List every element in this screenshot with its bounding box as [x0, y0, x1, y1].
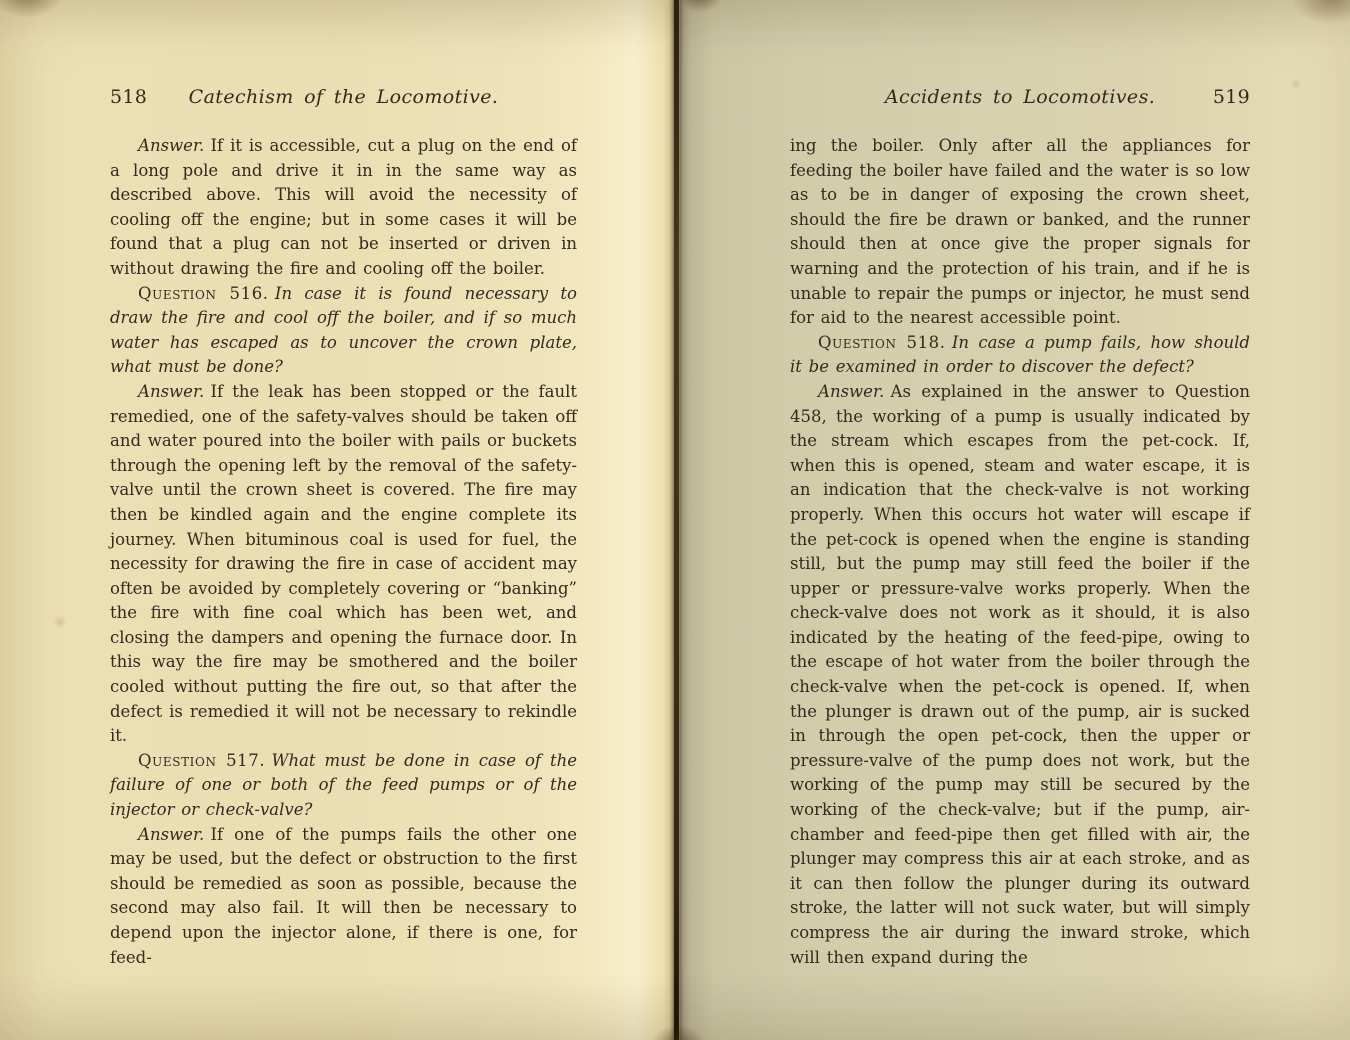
paragraph-text: If one of the pumps fails the other one …	[110, 825, 577, 967]
answer-lead: Answer.	[818, 382, 884, 401]
book-gutter-shadow	[674, 0, 679, 1040]
paragraph-text: If the leak has been stopped or the faul…	[110, 382, 577, 745]
answer-paragraph: Answer.If one of the pumps fails the oth…	[110, 823, 577, 971]
right-page: Accidents to Locomotives. 519 ing the bo…	[680, 0, 1350, 1040]
answer-paragraph: Answer.If it is accessible, cut a plug o…	[110, 134, 577, 282]
answer-lead: Answer.	[138, 382, 204, 401]
left-page-content: 518 Catechism of the Locomotive. Answer.…	[0, 0, 676, 1040]
continuation-paragraph: ing the boiler. Only after all the appli…	[790, 134, 1250, 331]
left-page: 518 Catechism of the Locomotive. Answer.…	[0, 0, 676, 1040]
right-page-body: ing the boiler. Only after all the appli…	[790, 134, 1250, 970]
right-page-header: Accidents to Locomotives. 519	[790, 86, 1250, 108]
book-scan: 518 Catechism of the Locomotive. Answer.…	[0, 0, 1350, 1040]
right-page-content: Accidents to Locomotives. 519 ing the bo…	[680, 0, 1350, 1040]
paragraph-text: As explained in the answer to Question 4…	[790, 382, 1250, 967]
answer-paragraph: Answer.If the leak has been stopped or t…	[110, 380, 577, 749]
left-page-number: 518	[110, 86, 168, 108]
question-lead: Question 517.	[138, 751, 265, 770]
answer-lead: Answer.	[138, 825, 204, 844]
answer-lead: Answer.	[138, 136, 204, 155]
right-running-head: Accidents to Locomotives.	[848, 86, 1192, 108]
right-page-number: 519	[1192, 86, 1250, 108]
question-516-paragraph: Question 516.In case it is found necessa…	[110, 282, 577, 380]
question-517-paragraph: Question 517.What must be done in case o…	[110, 749, 577, 823]
question-lead: Question 518.	[818, 333, 946, 352]
paragraph-text: If it is accessible, cut a plug on the e…	[110, 136, 577, 278]
left-running-head: Catechism of the Locomotive.	[168, 86, 519, 108]
left-page-header: 518 Catechism of the Locomotive.	[110, 86, 577, 108]
left-page-body: Answer.If it is accessible, cut a plug o…	[110, 134, 577, 970]
question-lead: Question 516.	[138, 284, 269, 303]
question-518-paragraph: Question 518.In case a pump fails, how s…	[790, 331, 1250, 380]
paragraph-text: ing the boiler. Only after all the appli…	[790, 136, 1250, 327]
answer-paragraph: Answer.As explained in the answer to Que…	[790, 380, 1250, 970]
